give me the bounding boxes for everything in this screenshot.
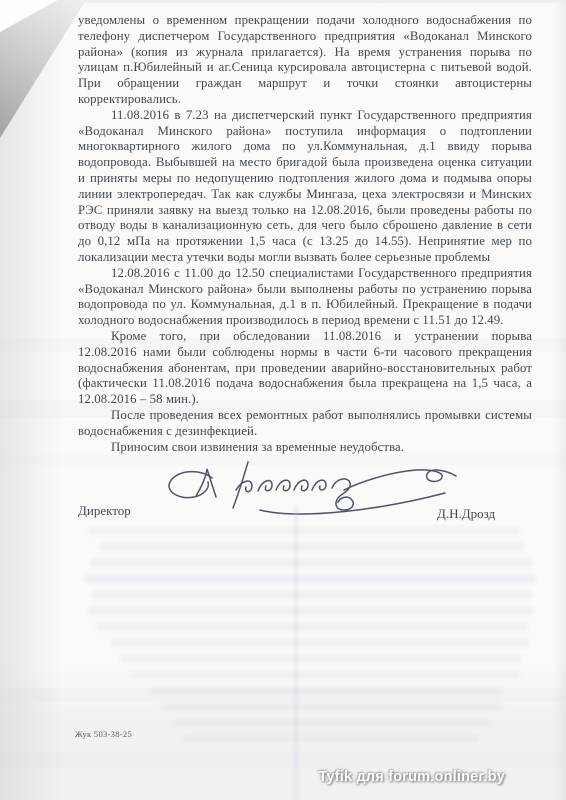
text-line: многоквартирного жилого дома по ул.Комму… [78,139,532,155]
bleed-through-line [120,655,522,663]
text-line: района» (копия из журнала прилагается). … [78,45,532,61]
bleed-through-line [92,591,532,599]
bleed-through-line [130,671,520,679]
scanned-letter-page: уведомлены о временном прекращении подач… [0,0,566,800]
bleed-through-line [100,543,524,551]
text-line: отводу воды в канализационную сеть, для … [78,218,532,234]
text-line: После проведения всех ремонтных работ вы… [78,408,532,424]
signer-name: Д.Н.Дрозд [437,506,495,522]
bleed-through-line [84,575,536,583]
text-line: 12.08.2016 – 58 мин.). [78,392,532,408]
text-line: 11.08.2016 в 7.23 на диспетчерский пункт… [78,108,532,124]
reference-note: Жук 503-38-25 [75,729,132,739]
text-line: При обращении граждан маршрут и точки ст… [78,76,532,92]
text-line: водопровода. Выбывшей на место бригадой … [78,155,532,171]
text-line: (фактически 11.08.2016 подача водоснабже… [78,376,532,392]
text-line: телефону диспетчером Государственного пр… [78,29,532,45]
text-line: до 0,12 мПа на протяжении 1,5 часа (с 13… [78,234,532,250]
text-line: улицам п.Юбилейный и аг.Сеница курсирова… [78,60,532,76]
text-line: и приняты меры по недопущению подтоплени… [78,171,532,187]
text-line: водоснабжения абонентам, при проведении … [78,361,532,377]
text-line: «Водоканал Минского района» поступила ин… [78,124,532,140]
text-line: «Водоканал Минского района» были выполне… [78,282,532,298]
text-line: корректировались. [78,92,532,108]
scan-streak [0,752,566,768]
text-line: 12.08.2016 с 11.00 до 12.50 специалистам… [78,266,532,282]
text-line: водопровода по ул. Коммунальная, д.1 в п… [78,297,532,313]
text-line: РЭС приняли заявку на выезд только на 12… [78,203,532,219]
text-line: уведомлены о временном прекращении подач… [78,13,532,29]
text-line: локализации места утечки воды могли вызв… [78,250,532,266]
text-line: Кроме того, при обследовании 11.08.2016 … [78,329,532,345]
bleed-through-line [110,639,530,647]
forum-watermark: Tyfik для forum.onliner.by [319,769,506,785]
text-line: линии электропередач. Так как службы Мин… [78,187,532,203]
bleed-through-line [162,703,502,711]
scan-streak [0,688,566,702]
bleed-through-line [150,687,502,695]
signer-role-label: Директор [78,503,131,519]
bleed-through-line [88,607,534,615]
text-line: холодного водоснабжения производилось в … [78,313,532,329]
bleed-through-line [96,623,528,631]
text-line: Приносим свои извинения за временные неу… [78,440,532,456]
bleed-through-line [172,719,492,727]
bleed-through-line [88,527,520,535]
letter-body: уведомлены о временном прекращении подач… [78,13,532,455]
text-line: водоснабжения с дезинфекцией. [78,424,532,440]
handwritten-signature [160,460,470,525]
bleed-through-line [182,735,480,743]
text-line: 12.08.2016 нами были соблюдены нормы в ч… [78,345,532,361]
vertical-fold-shade [294,505,298,800]
bleed-through-line [90,559,532,567]
